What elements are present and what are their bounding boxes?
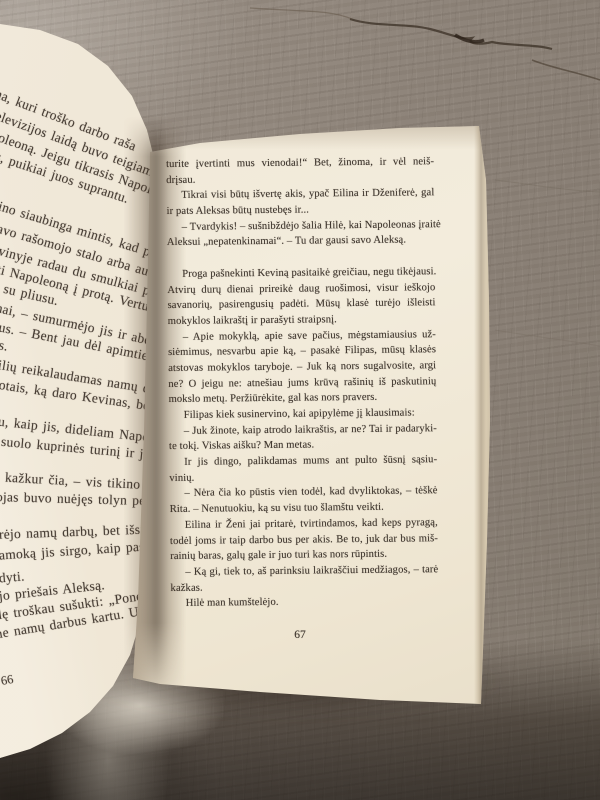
text-line: Hilė man kumštelėjo. [171,593,439,611]
text-line-fragment: ks. [0,336,9,355]
text-line-fragment: ų su pliusu. [0,278,60,309]
text-line: todėl joms ir taip darbo bus per akis. B… [170,531,438,549]
text-line: Tikrai visi būtų išvertę akis, ypač Eili… [166,186,434,204]
text-line-fragment: odyti. [0,568,25,587]
text-line: – Juk žinote, kaip atrodo laikraštis, ar… [169,421,437,439]
page-number-left: 66 [0,672,15,689]
text-line: Ir jis dingo, palikdamas mums ant pulto … [169,452,437,470]
text-line-fragment: ojo priešais Aleksą. [0,577,106,605]
text-line: savanorių, pasirengusių padėti. Mūsų kla… [167,295,435,313]
spine-gutter-shadow [124,116,186,692]
right-page-text: turite įvertinti mus vienodai!“ Bet, žin… [166,154,439,612]
text-line: – Ką gi, tiek to, aš parinksiu laikrašči… [170,562,438,580]
text-line-fragment: ma, kuri troško darbo raša [0,85,138,155]
text-line: ne? O jeigu ne: atnešiau jums krūvą raši… [168,374,436,392]
text-line: turite įvertinti mus vienodai!“ Bet, žin… [166,154,434,172]
text-line-fragment: is, puikiai juos suprantu. [0,147,131,207]
photo-open-book: ma, kuri troško darbo rašatelevizijos la… [0,0,600,800]
page-number-right: 67 [166,629,434,641]
text-line: Aleksui „nepatenkinamai“. – Tu dar gausi… [167,233,435,251]
text-line: – Nėra čia ko pūstis vien todėl, kad dvy… [169,484,437,502]
